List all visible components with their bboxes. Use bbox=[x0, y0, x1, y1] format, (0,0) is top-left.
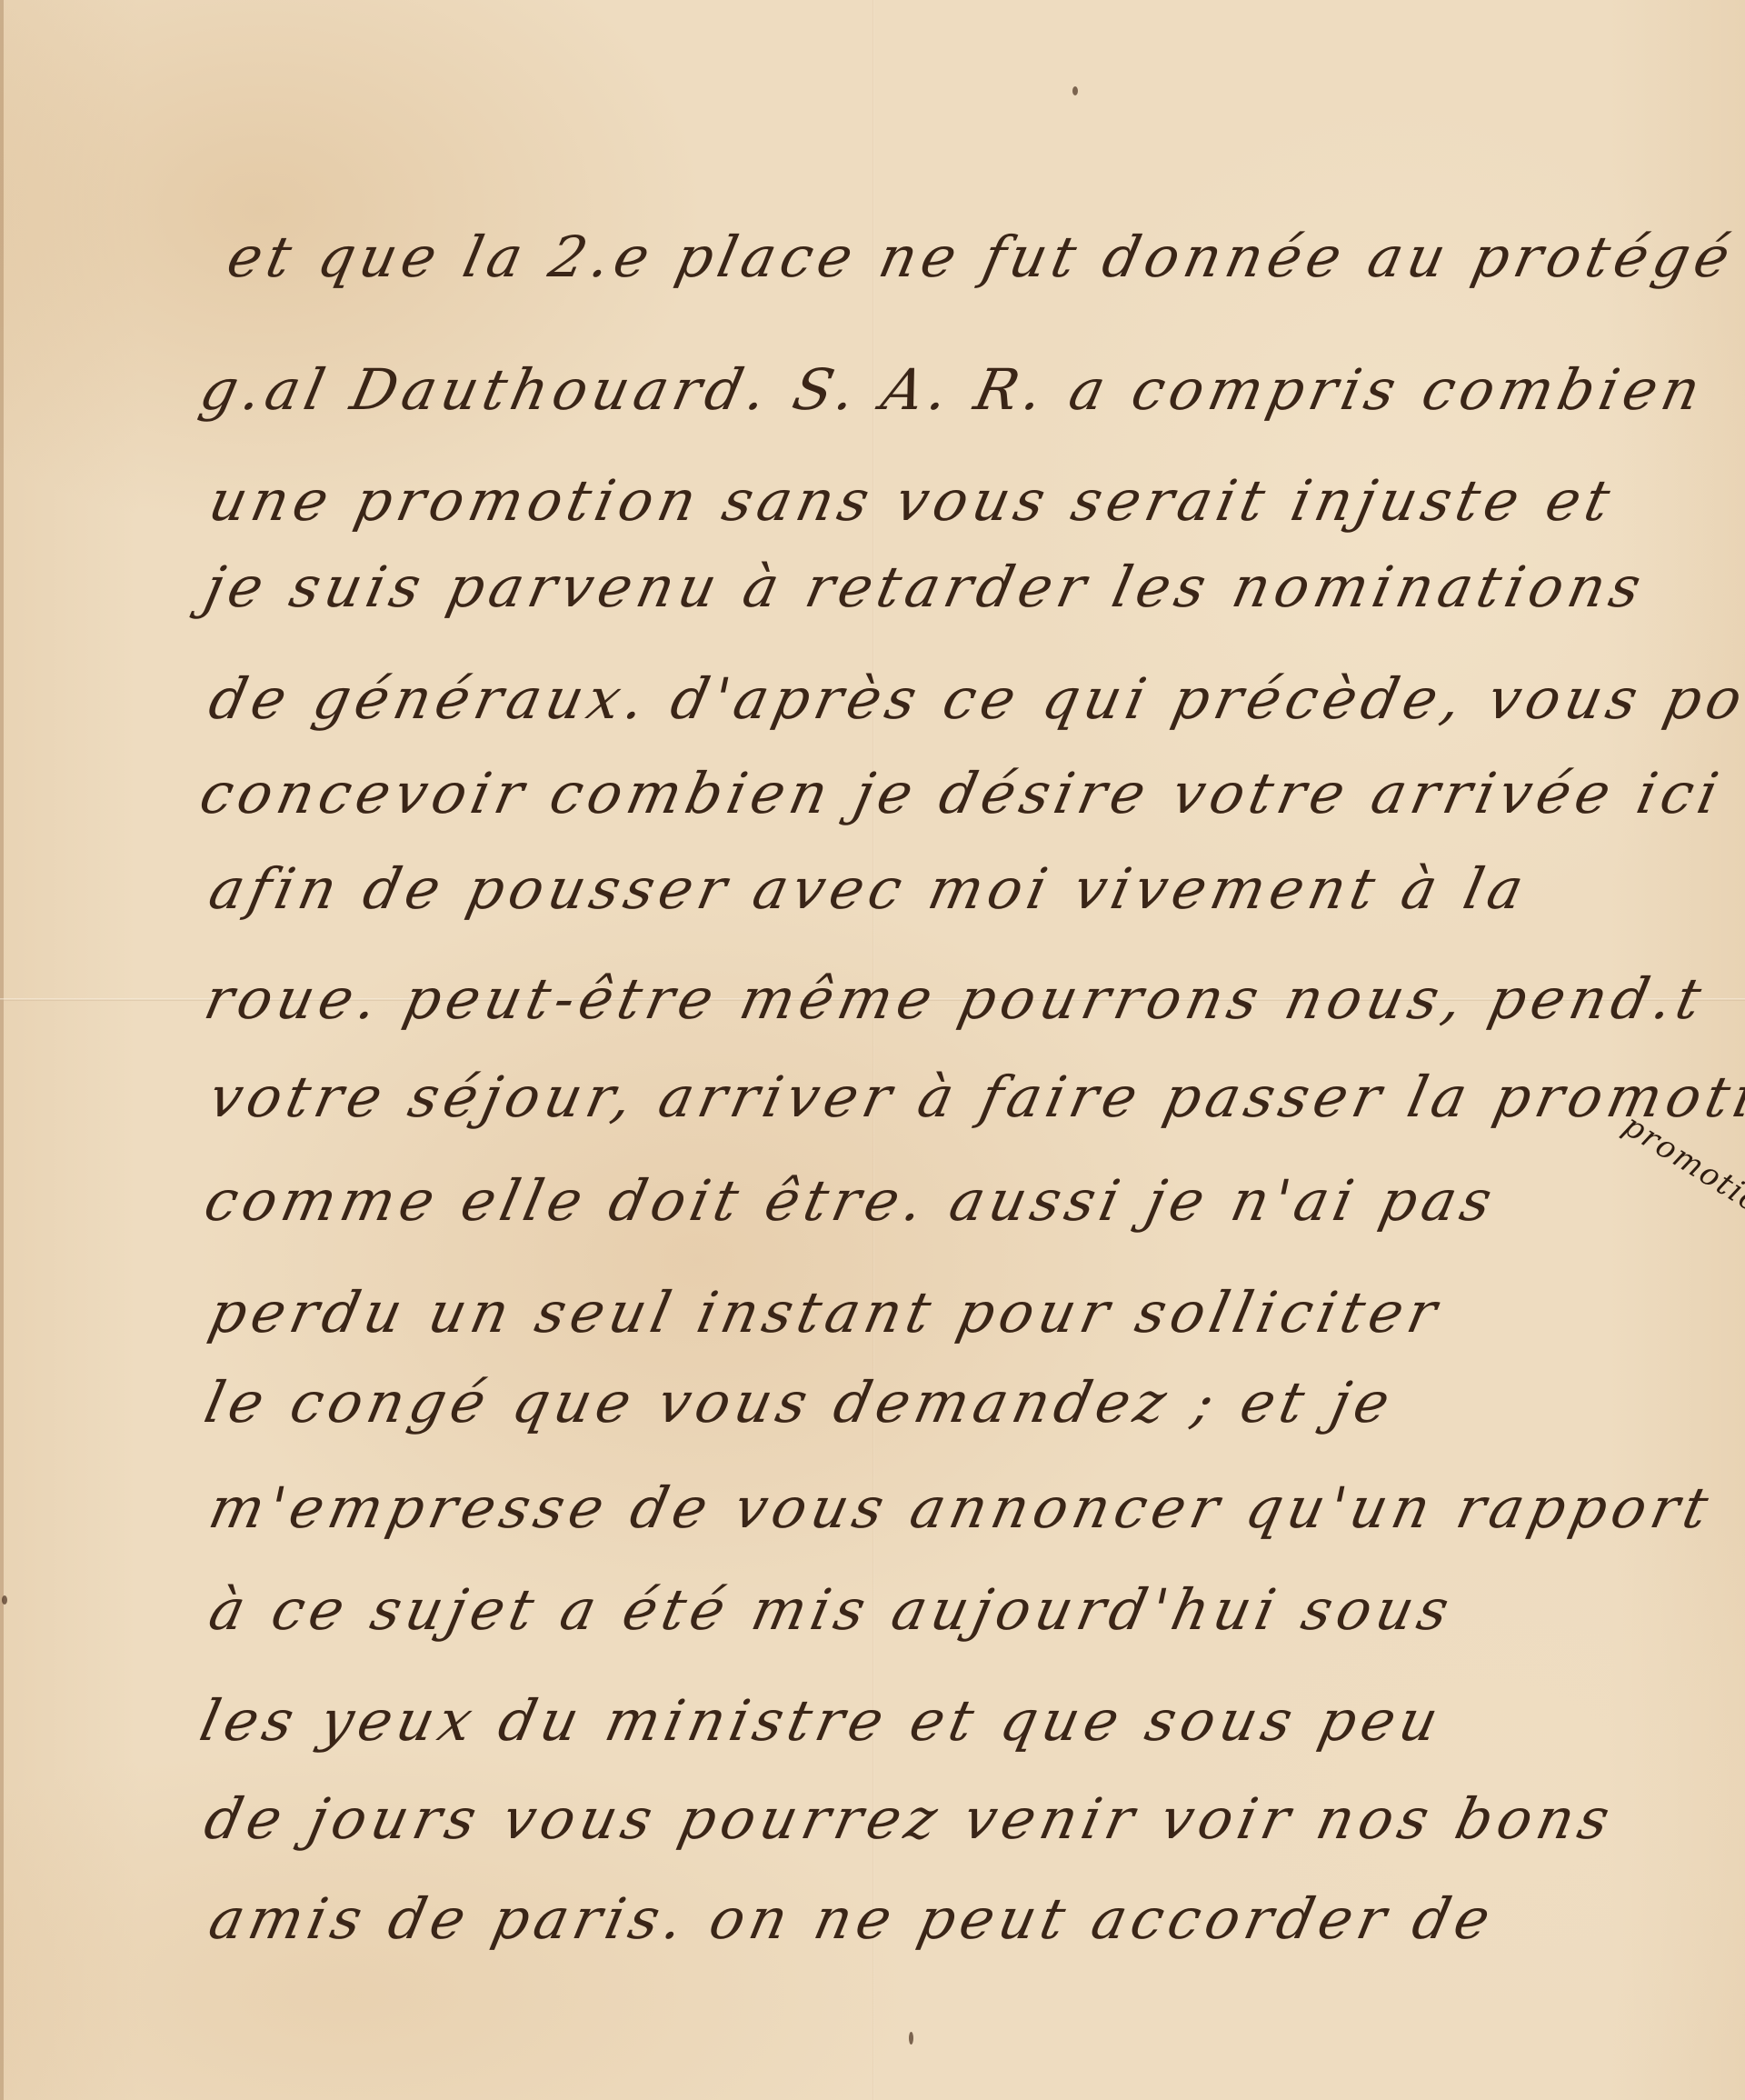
letter-line-3: une promotion sans vous serait injuste e… bbox=[204, 473, 1620, 529]
letter-line-9: votre séjour, arriver à faire passer la … bbox=[204, 1069, 1745, 1125]
letter-line-2: g.al Dauthouard. S. A. R. a compris comb… bbox=[195, 362, 1710, 418]
letter-line-11: perdu un seul instant pour solliciter bbox=[204, 1285, 1447, 1341]
letter-line-13: m'empresse de vous annoncer qu'un rappor… bbox=[204, 1480, 1718, 1536]
letter-line-16: de jours vous pourrez venir voir nos bon… bbox=[200, 1791, 1620, 1847]
letter-line-14: à ce sujet a été mis aujourd'hui sous bbox=[204, 1582, 1459, 1638]
letter-line-8: roue. peut-être même pourrons nous, pend… bbox=[200, 971, 1711, 1027]
letter-line-15: les yeux du ministre et que sous peu bbox=[195, 1693, 1448, 1749]
handwritten-letter: et que la 2.e place ne fut donnée au pro… bbox=[0, 0, 1745, 2100]
letter-line-10: comme elle doit être. aussi je n'ai pas bbox=[200, 1173, 1501, 1229]
letter-line-7: afin de pousser avec moi vivement à la bbox=[204, 861, 1533, 917]
letter-line-5: de généraux. d'après ce qui précède, vou… bbox=[204, 671, 1745, 727]
letter-line-1: et que la 2.e place ne fut donnée au pro… bbox=[223, 229, 1745, 285]
letter-line-17: amis de paris. on ne peut accorder de bbox=[204, 1891, 1500, 1947]
letter-line-6: concevoir combien je désire votre arrivé… bbox=[195, 765, 1728, 822]
letter-line-12: le congé que vous demandez ; et je bbox=[200, 1375, 1400, 1431]
letter-line-4: je suis parvenu à retarder les nominatio… bbox=[200, 559, 1650, 615]
